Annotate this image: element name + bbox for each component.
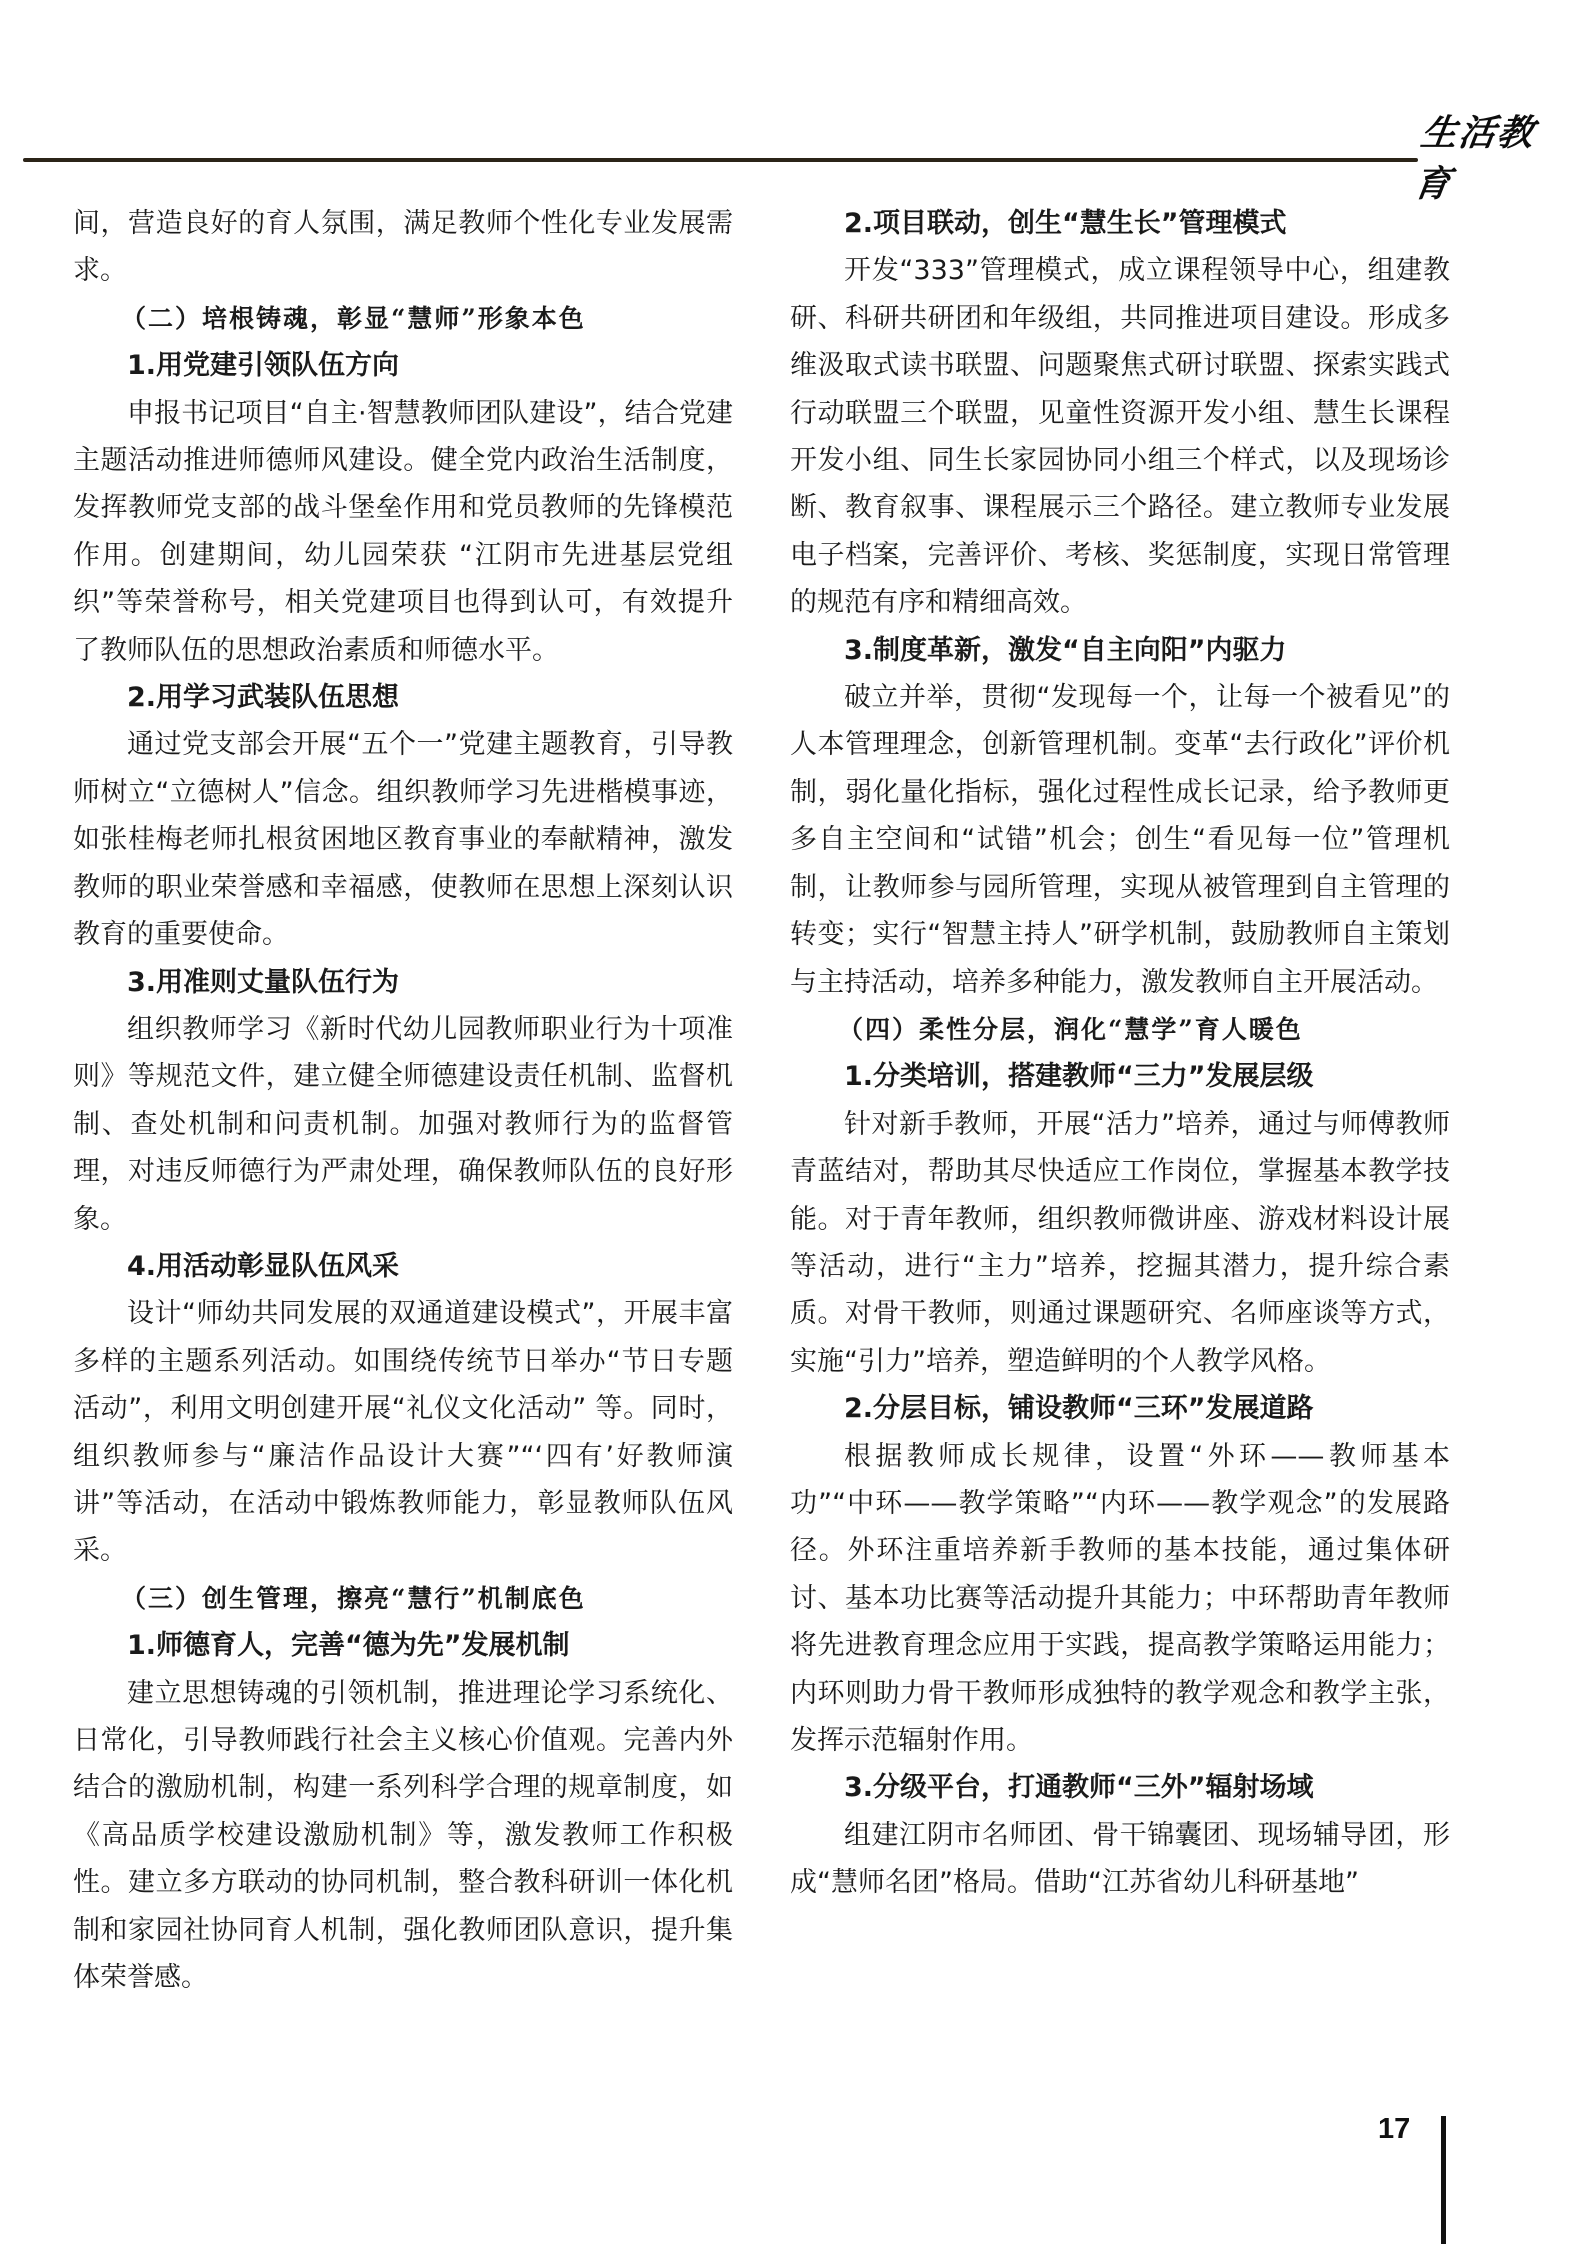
right-column: 2.项目联动，创生“慧生长”管理模式 开发“333”管理模式，成立课程领导中心，… (790, 200, 1450, 1907)
header-rule (23, 158, 1418, 162)
subheading: 3.分级平台，打通教师“三外”辐射场域 (790, 1764, 1450, 1811)
subheading: 3.用准则丈量队伍行为 (73, 959, 733, 1006)
subheading: 3.制度革新，激发“自主向阳”内驱力 (790, 627, 1450, 674)
subheading: 2.分层目标，铺设教师“三环”发展道路 (790, 1385, 1450, 1432)
subheading: 1.分类培训，搭建教师“三力”发展层级 (790, 1053, 1450, 1100)
section-heading: （二）培根铸魂，彰显“慧师”形象本色 (73, 295, 733, 342)
paragraph: 设计“师幼共同发展的双通道建设模式”，开展丰富多样的主题系列活动。如围绕传统节日… (73, 1290, 733, 1574)
paragraph: 针对新手教师，开展“活力”培养，通过与师傅教师青蓝结对，帮助其尽快适应工作岗位，… (790, 1101, 1450, 1385)
paragraph: 组织教师学习《新时代幼儿园教师职业行为十项准则》等规范文件，建立健全师德建设责任… (73, 1006, 733, 1243)
paragraph: 开发“333”管理模式，成立课程领导中心，组建教研、科研共研团和年级组，共同推进… (790, 247, 1450, 626)
subheading: 1.师德育人，完善“德为先”发展机制 (73, 1622, 733, 1669)
page-edge-bar (1441, 2116, 1446, 2244)
paragraph: 申报书记项目“自主·智慧教师团队建设”，结合党建主题活动推进师德师风建设。健全党… (73, 390, 733, 674)
paragraph: 根据教师成长规律，设置“外环——教师基本功”“中环——教学策略”“内环——教学观… (790, 1433, 1450, 1765)
section-heading: （四）柔性分层，润化“慧学”育人暖色 (790, 1006, 1450, 1053)
paragraph: 组建江阴市名师团、骨干锦囊团、现场辅导团，形成“慧师名团”格局。借助“江苏省幼儿… (790, 1812, 1450, 1907)
subheading: 4.用活动彰显队伍风采 (73, 1243, 733, 1290)
page-number: 17 (1378, 2113, 1410, 2146)
paragraph: 通过党支部会开展“五个一”党建主题教育，引导教师树立“立德树人”信念。组织教师学… (73, 721, 733, 958)
paragraph: 破立并举，贯彻“发现每一个，让每一个被看见”的人本管理理念，创新管理机制。变革“… (790, 674, 1450, 1006)
paragraph-continued: 间，营造良好的育人氛围，满足教师个性化专业发展需求。 (73, 200, 733, 295)
left-column: 间，营造良好的育人氛围，满足教师个性化专业发展需求。 （二）培根铸魂，彰显“慧师… (73, 200, 733, 2001)
journal-title: 生活教育 (1411, 105, 1565, 207)
paragraph: 建立思想铸魂的引领机制，推进理论学习系统化、日常化，引导教师践行社会主义核心价值… (73, 1670, 733, 2002)
subheading: 2.用学习武装队伍思想 (73, 674, 733, 721)
subheading: 2.项目联动，创生“慧生长”管理模式 (790, 200, 1450, 247)
section-heading: （三）创生管理，擦亮“慧行”机制底色 (73, 1575, 733, 1622)
subheading: 1.用党建引领队伍方向 (73, 342, 733, 389)
